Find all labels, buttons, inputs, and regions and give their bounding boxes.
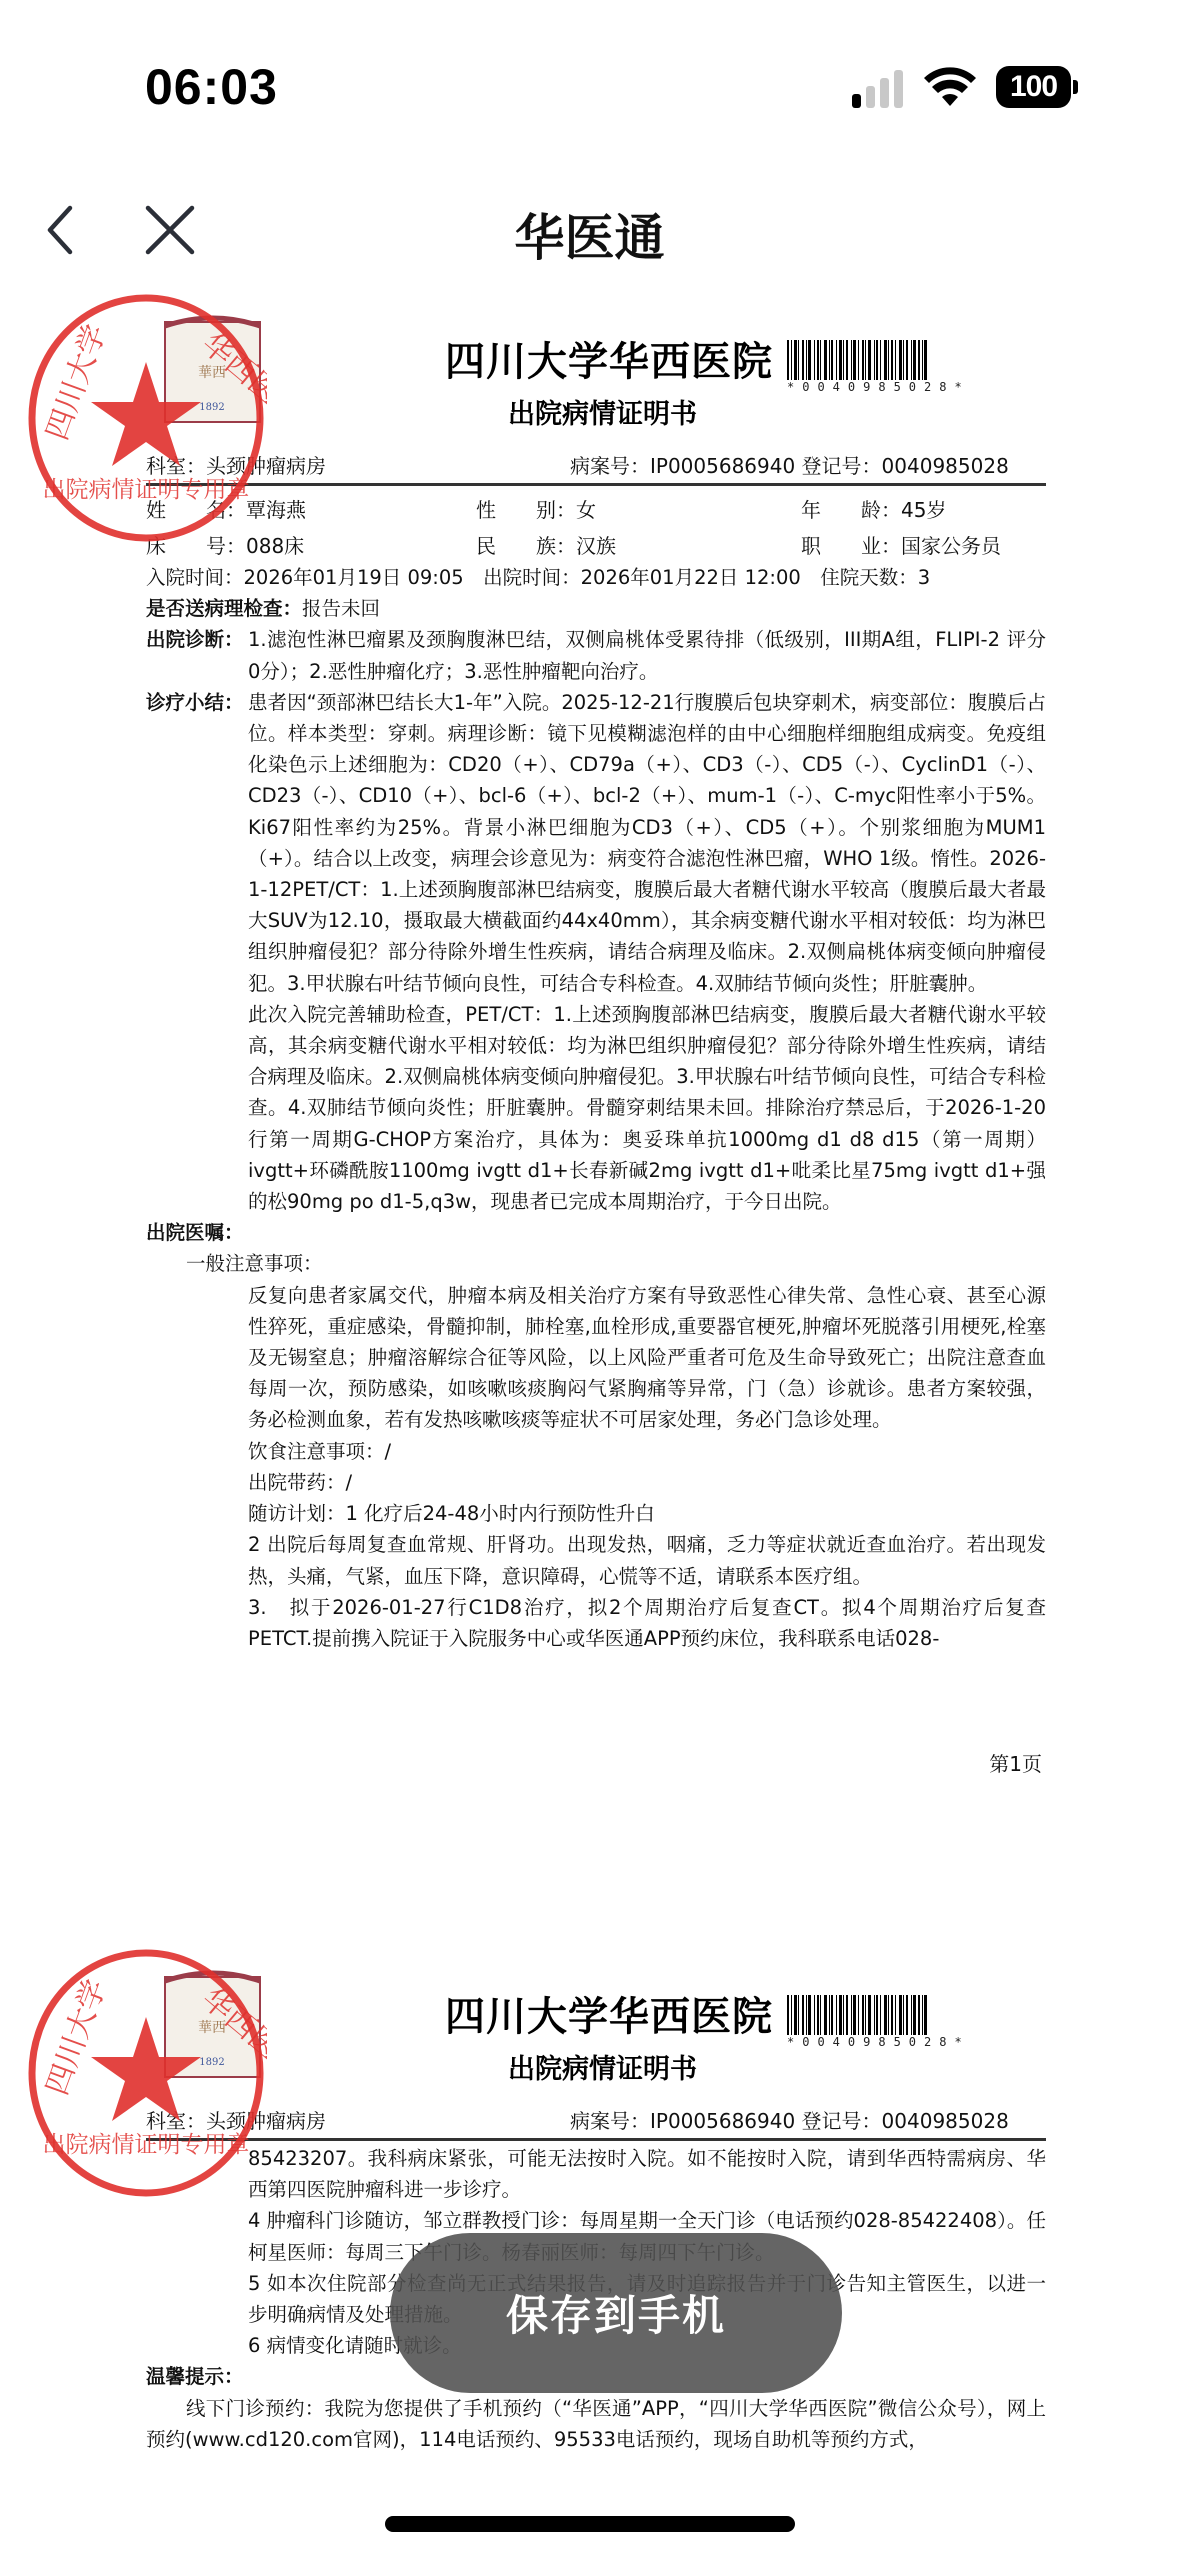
document-meta: 科室：头颈肿瘤病房 病案号：IP0005686940 登记号：004098502… <box>146 450 1046 482</box>
occupation-label: 职 业： <box>801 534 901 558</box>
followup-3b: 85423207。我科病床紧张，可能无法按时入院。如不能按时入院，请到华西特需病… <box>248 2143 1046 2205</box>
gender-label: 性 别： <box>476 498 576 522</box>
followup-3a: 3. 拟于2026-01-27行C1D8治疗，拟2个周期治疗后复查CT。拟4个周… <box>248 1592 1046 1654</box>
tips-text: 线下门诊预约：我院为您提供了手机预约（“华医通”APP，“四川大学华西医院”微信… <box>146 2393 1046 2455</box>
document-title: 出院病情证明书 <box>508 2047 697 2086</box>
diet-notes: 饮食注意事项：/ <box>248 1436 1046 1467</box>
status-time: 06:03 <box>145 58 278 116</box>
pathology-label: 是否送病理检查： <box>146 597 302 620</box>
general-notes-label: 一般注意事项： <box>186 1248 1046 1279</box>
followup-1: 随访计划：1 化疗后24-48小时内行预防性升白 <box>248 1498 1046 1529</box>
document-meta: 科室：头颈肿瘤病房 病案号：IP0005686940 登记号：004098502… <box>146 2105 1046 2137</box>
save-to-phone-label: 保存到手机 <box>506 2283 726 2343</box>
pathology-value: 报告未回 <box>302 597 380 620</box>
patient-info: 姓 名：覃海燕 性 别：女 年 龄：45岁 床 号：088床 民 族：汉族 职 … <box>146 490 1046 562</box>
general-notes-text: 反复向患者家属交代，肿瘤本病及相关治疗方案有导致恶性心律失常、急性心衰、甚至心源… <box>248 1280 1046 1436</box>
patient-name: 覃海燕 <box>246 498 306 522</box>
department: 科室：头颈肿瘤病房 <box>146 2105 326 2134</box>
ethnicity-label: 民 族： <box>476 534 576 558</box>
department: 科室：头颈肿瘤病房 <box>146 450 326 479</box>
diagnosis-label: 出院诊断： <box>146 624 244 655</box>
divider <box>146 2138 1046 2141</box>
orders-section: 出院医嘱： 一般注意事项： 反复向患者家属交代，肿瘤本病及相关治疗方案有导致恶性… <box>146 1217 1046 1654</box>
barcode <box>787 340 1012 380</box>
barcode <box>787 1995 1012 2035</box>
discharge-meds: 出院带药：/ <box>248 1467 1046 1498</box>
patient-bed: 088床 <box>246 534 304 558</box>
case-number: 病案号：IP0005686940 登记号：0040985028 <box>570 2105 1009 2134</box>
battery-icon: 100 <box>996 66 1078 108</box>
barcode-number: *0040985028* <box>787 2035 1012 2049</box>
document-title: 出院病情证明书 <box>508 392 697 431</box>
diagnosis-text: 1.滤泡性淋巴瘤累及颈胸腹淋巴结，双侧扁桃体受累待排（低级别，III期A组，FL… <box>248 624 1046 686</box>
nav-title: 华医通 <box>0 198 1179 270</box>
summary-para-1: 患者因“颈部淋巴结长大1-年”入院。2025-12-21行腹膜后包块穿刺术，病变… <box>248 687 1046 999</box>
home-indicator[interactable] <box>385 2516 795 2532</box>
patient-gender: 女 <box>576 498 596 522</box>
orders-label: 出院医嘱： <box>146 1217 1046 1248</box>
divider <box>146 483 1046 486</box>
diagnosis-section: 出院诊断： 1.滤泡性淋巴瘤累及颈胸腹淋巴结，双侧扁桃体受累待排（低级别，III… <box>146 624 1046 686</box>
case-number: 病案号：IP0005686940 登记号：0040985028 <box>570 450 1009 479</box>
admission-line: 入院时间：2026年01月19日 09:05 出院时间：2026年01月22日 … <box>146 562 1046 593</box>
summary-para-2: 此次入院完善辅助检查，PET/CT：1.上述颈胸腹部淋巴结病变，腹膜后最大者糖代… <box>248 999 1046 1217</box>
patient-age: 45岁 <box>901 498 946 522</box>
document-header: 四川大学华西医院 *0040985028* 出院病情证明书 <box>0 1955 1179 2115</box>
document-body: 入院时间：2026年01月19日 09:05 出院时间：2026年01月22日 … <box>146 562 1046 1654</box>
summary-label: 诊疗小结： <box>146 687 244 718</box>
status-bar: 06:03 100 <box>0 0 1179 150</box>
age-label: 年 龄： <box>801 498 901 522</box>
page-number: 第1页 <box>989 1748 1042 1777</box>
battery-level: 100 <box>996 66 1071 108</box>
document-page-1: 四川大学华西医院 *0040985028* 出院病情证明书 科室：头颈肿瘤病房 … <box>0 300 1179 1820</box>
wifi-icon <box>924 66 976 108</box>
summary-section: 诊疗小结： 患者因“颈部淋巴结长大1-年”入院。2025-12-21行腹膜后包块… <box>146 687 1046 1217</box>
save-to-phone-button[interactable]: 保存到手机 <box>390 2233 842 2393</box>
patient-occupation: 国家公务员 <box>901 534 1001 558</box>
barcode-number: *0040985028* <box>787 380 1012 394</box>
hospital-name: 四川大学华西医院 <box>445 330 773 387</box>
followup-2: 2 出院后每周复查血常规、肝肾功。出现发热，咽痛，乏力等症状就近查血治疗。若出现… <box>248 1529 1046 1591</box>
hospital-name: 四川大学华西医院 <box>445 1985 773 2042</box>
bed-label: 床 号： <box>146 534 246 558</box>
document-header: 四川大学华西医院 *0040985028* 出院病情证明书 <box>0 300 1179 460</box>
name-label: 姓 名： <box>146 498 246 522</box>
pathology-line: 是否送病理检查：报告未回 <box>146 593 1046 624</box>
cellular-signal-icon <box>852 70 904 108</box>
patient-ethnicity: 汉族 <box>576 534 616 558</box>
nav-bar: 华医通 <box>0 190 1179 270</box>
